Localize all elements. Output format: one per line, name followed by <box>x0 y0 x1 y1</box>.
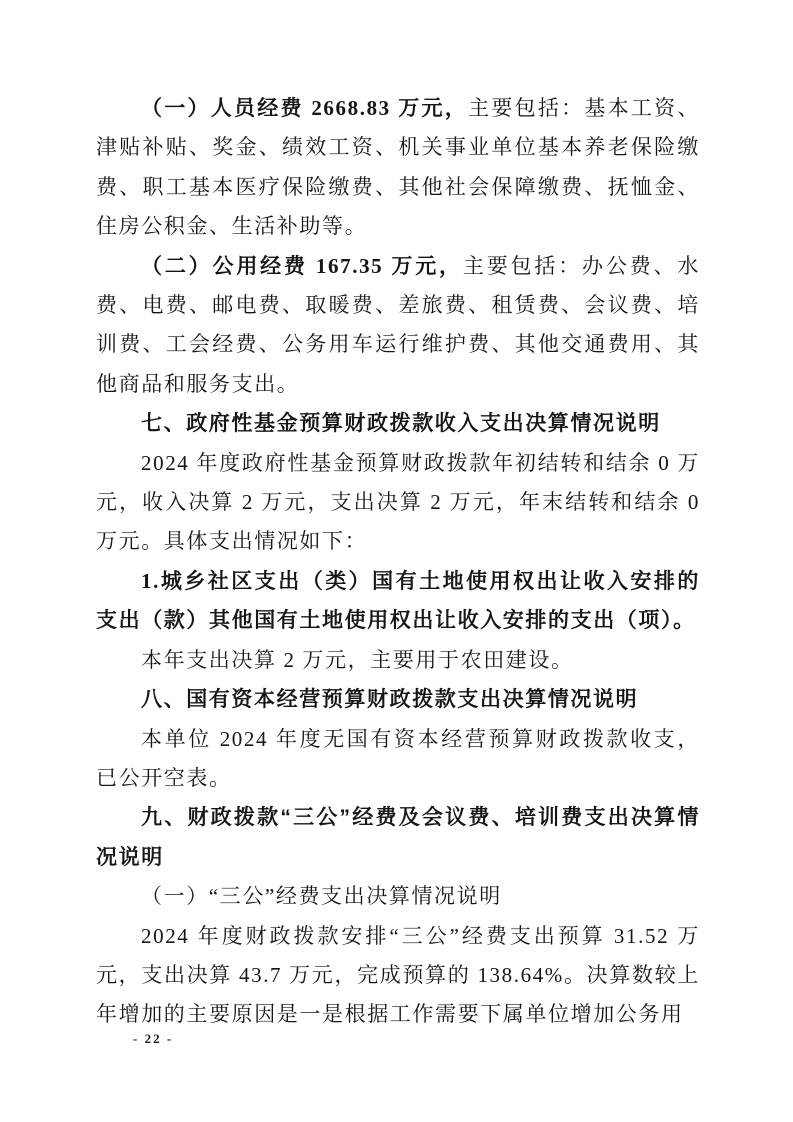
para-three-public-detail: 2024 年度财政拨款安排“三公”经费支出预算 31.52 万元，支出决算 43… <box>96 917 700 1035</box>
page-number: - 22 - <box>133 1031 173 1047</box>
para-public-funds-lead: （二）公用经费 167.35 万元， <box>141 254 463 278</box>
para-personnel-funds: （一）人员经费 2668.83 万元，主要包括：基本工资、津贴补贴、奖金、绩效工… <box>96 89 700 247</box>
para-public-funds: （二）公用经费 167.35 万元，主要包括：办公费、水费、电费、邮电费、取暖费… <box>96 247 700 405</box>
heading-section-seven: 七、政府性基金预算财政拨款收入支出决算情况说明 <box>96 404 700 443</box>
heading-section-nine: 九、财政拨款“三公”经费及会议费、培训费支出决算情况说明 <box>96 798 700 877</box>
para-personnel-funds-lead: （一）人员经费 2668.83 万元， <box>141 96 468 120</box>
para-govfund-summary: 2024 年度政府性基金预算财政拨款年初结转和结余 0 万元，收入决算 2 万元… <box>96 444 700 562</box>
document-page: （一）人员经费 2668.83 万元，主要包括：基本工资、津贴补贴、奖金、绩效工… <box>0 0 793 1122</box>
subheading-three-public: （一）“三公”经费支出决算情况说明 <box>96 877 700 916</box>
heading-section-eight: 八、国有资本经营预算财政拨款支出决算情况说明 <box>96 680 700 719</box>
document-body: （一）人员经费 2668.83 万元，主要包括：基本工资、津贴补贴、奖金、绩效工… <box>96 89 700 1035</box>
para-state-capital: 本单位 2024 年度无国有资本经营预算财政拨款收支，已公开空表。 <box>96 720 700 799</box>
para-urban-rural-item: 1.城乡社区支出（类）国有土地使用权出让收入安排的支出（款）其他国有土地使用权出… <box>96 562 700 641</box>
para-annual-expense: 本年支出决算 2 万元，主要用于农田建设。 <box>96 641 700 680</box>
